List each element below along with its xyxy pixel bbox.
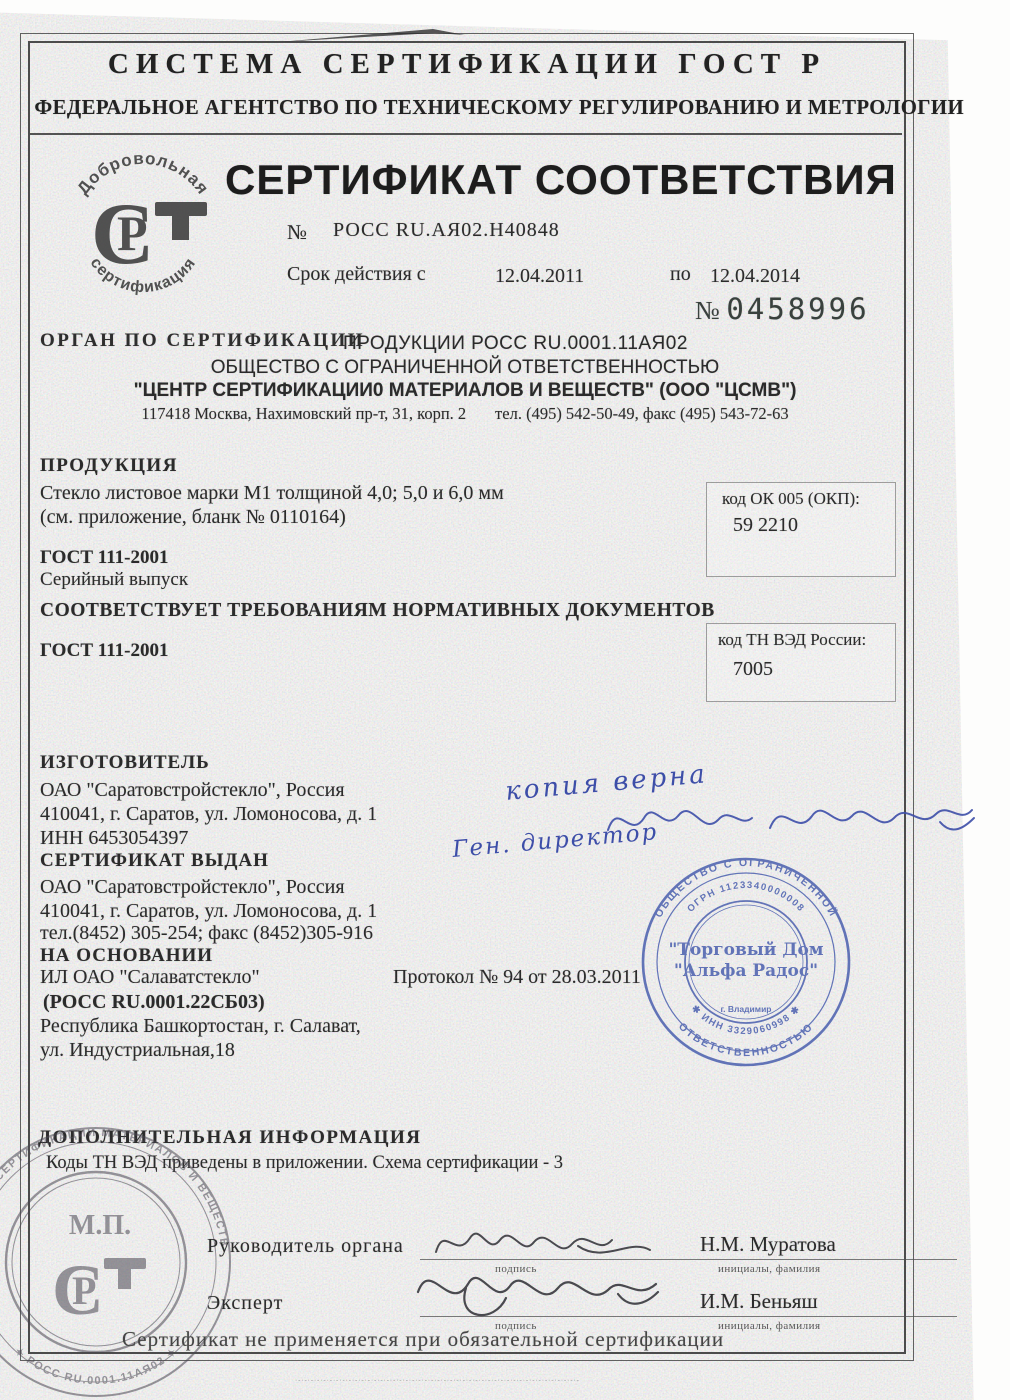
product-line2: (см. приложение, бланк № 0110164) [40,506,346,529]
issued-to-label: СЕРТИФИКАТ ВЫДАН [40,850,269,872]
footer-note: Сертификат не применяется при обязательн… [122,1327,724,1352]
basis-protocol: Протокол № 94 от 28.03.2011 [393,966,641,989]
validity-date-to: 12.04.2014 [710,265,800,288]
manufacturer-line2: 410041, г. Саратов, ул. Ломоносова, д. 1 [40,803,377,826]
tnved-label: код ТН ВЭД России: [718,630,866,650]
head-name-caption: инициалы, фамилия [718,1263,821,1275]
basis-label: НА ОСНОВАНИИ [40,945,213,967]
product-serial: Серийный выпуск [40,569,188,591]
rst-mark-t-bar [155,202,207,216]
blank-number: 0458996 [726,292,869,326]
stamp-city-text: г. Владимир [720,1004,771,1014]
okp-label: код ОК 005 (ОКП): [722,489,860,509]
issued-to-line2: 410041, г. Саратов, ул. Ломоносова, д. 1 [40,900,377,923]
issued-to-line3: тел.(8452) 305-254; факс (8452)305-916 [40,922,373,945]
blank-no-label: № [695,296,720,325]
head-of-body-label: Руководитель органа [207,1235,404,1258]
validity-po-label: по [670,263,691,286]
scanned-certificate-page: СИСТЕМА СЕРТИФИКАЦИИ ГОСТ Р ФЕДЕРАЛЬНОЕ … [0,0,1010,1400]
head-signature-stroke [428,1216,658,1264]
stamp-center-line2: "Альфа Радос" [674,961,818,981]
director-signature-stroke [600,788,980,854]
expert-name-line [665,1316,957,1317]
header-separator-line [30,133,902,135]
scan-paper-edge-right [940,0,1010,1400]
org-line3: "ЦЕНТР СЕРТИФИКАЦИИ0 МАТЕРИАЛОВ И ВЕЩЕСТ… [40,380,890,402]
expert-name: И.М. Беньяш [700,1289,818,1314]
validity-date-from: 12.04.2011 [495,265,584,288]
product-gost: ГОСТ 111-2001 [40,547,169,569]
basis-line3: Республика Башкортостан, г. Салават, [40,1015,361,1038]
mp-center-text: М.П. [69,1210,131,1241]
basis-line1: ИЛ ОАО "Салаватстекло" [40,966,260,989]
blank-number-row: № 0458996 [695,292,870,326]
mp-rst-t-bar [104,1258,146,1269]
validity-label: Срок действия с [287,263,426,286]
basis-line2: (РОСС RU.0001.22СБ03) [43,991,265,1014]
conformity-gost: ГОСТ 111-2001 [40,640,169,662]
system-title: СИСТЕМА СЕРТИФИКАЦИИ ГОСТ Р [30,48,904,81]
microprint-illegible: ·‐·‐·‐·‐·‐·‐·‐·‐·‐·‐·‐·‐·‐·‐·‐·‐·‐·‐·‐·‐… [295,1377,580,1384]
expert-name-caption: инициалы, фамилия [718,1320,821,1332]
head-name-line [665,1259,957,1260]
org-label: ОРГАН ПО СЕРТИФИКАЦИИ [40,330,365,352]
manufacturer-line3: ИНН 6453054397 [40,827,188,850]
okp-value: 59 2210 [733,514,798,537]
org-line4: 117418 Москва, Нахимовский пр-т, 31, кор… [40,404,890,424]
issued-to-line1: ОАО "Саратовстройстекло", Россия [40,876,345,899]
conformity-label: СООТВЕТСТВУЕТ ТРЕБОВАНИЯМ НОРМАТИВНЫХ ДО… [40,600,715,622]
manufacturer-label: ИЗГОТОВИТЕЛЬ [40,752,210,774]
mp-certification-stamp: ОРГАН ПО СЕРТИФИКАЦИИ МАТЕРИАЛОВ И ВЕЩЕС… [0,1118,248,1400]
rst-mark-t-stem [172,216,189,240]
product-line1: Стекло листовое марки М1 толщиной 4,0; 5… [40,482,504,505]
expert-label: Эксперт [207,1292,283,1315]
stamp-mid-top-text: ОГРН 1123340000008 [685,880,807,915]
mp-rst-t-stem [118,1269,131,1289]
expert-signature-stroke [408,1258,668,1324]
company-round-stamp: ОБЩЕСТВО С ОГРАНИЧЕННОЙ ОТВЕТСТВЕННОСТЬЮ… [628,852,864,1078]
rst-voluntary-logo: Добровольная сертификация С Р [55,146,227,306]
tnved-value: 7005 [733,658,773,681]
org-line2: ОБЩЕСТВО С ОГРАНИЧЕННОЙ ОТВЕТСТВЕННОСТЬЮ [40,357,890,379]
org-line1: ПРОДУКЦИИ РОСС RU.0001.11АЯ02 [343,333,688,355]
scan-artifact-stroke [275,22,475,48]
cert-no-label: № [287,220,307,245]
manufacturer-line1: ОАО "Саратовстройстекло", Россия [40,779,345,802]
stamp-center-line1: "Торговый Дом [668,940,823,960]
head-name: Н.М. Муратова [700,1232,836,1257]
cert-number: РОСС RU.АЯ02.Н40848 [333,219,560,242]
basis-line4: ул. Индустриальная,18 [40,1039,235,1062]
mp-rst-r: Р [72,1268,96,1313]
product-label: ПРОДУКЦИЯ [40,455,178,477]
svg-text:ОГРН 1123340000008: ОГРН 1123340000008 [685,880,807,915]
certificate-title: СЕРТИФИКАТ СООТВЕТСТВИЯ [225,156,890,204]
rst-mark-r: Р [117,205,148,261]
agency-title: ФЕДЕРАЛЬНОЕ АГЕНТСТВО ПО ТЕХНИЧЕСКОМУ РЕ… [34,95,899,120]
